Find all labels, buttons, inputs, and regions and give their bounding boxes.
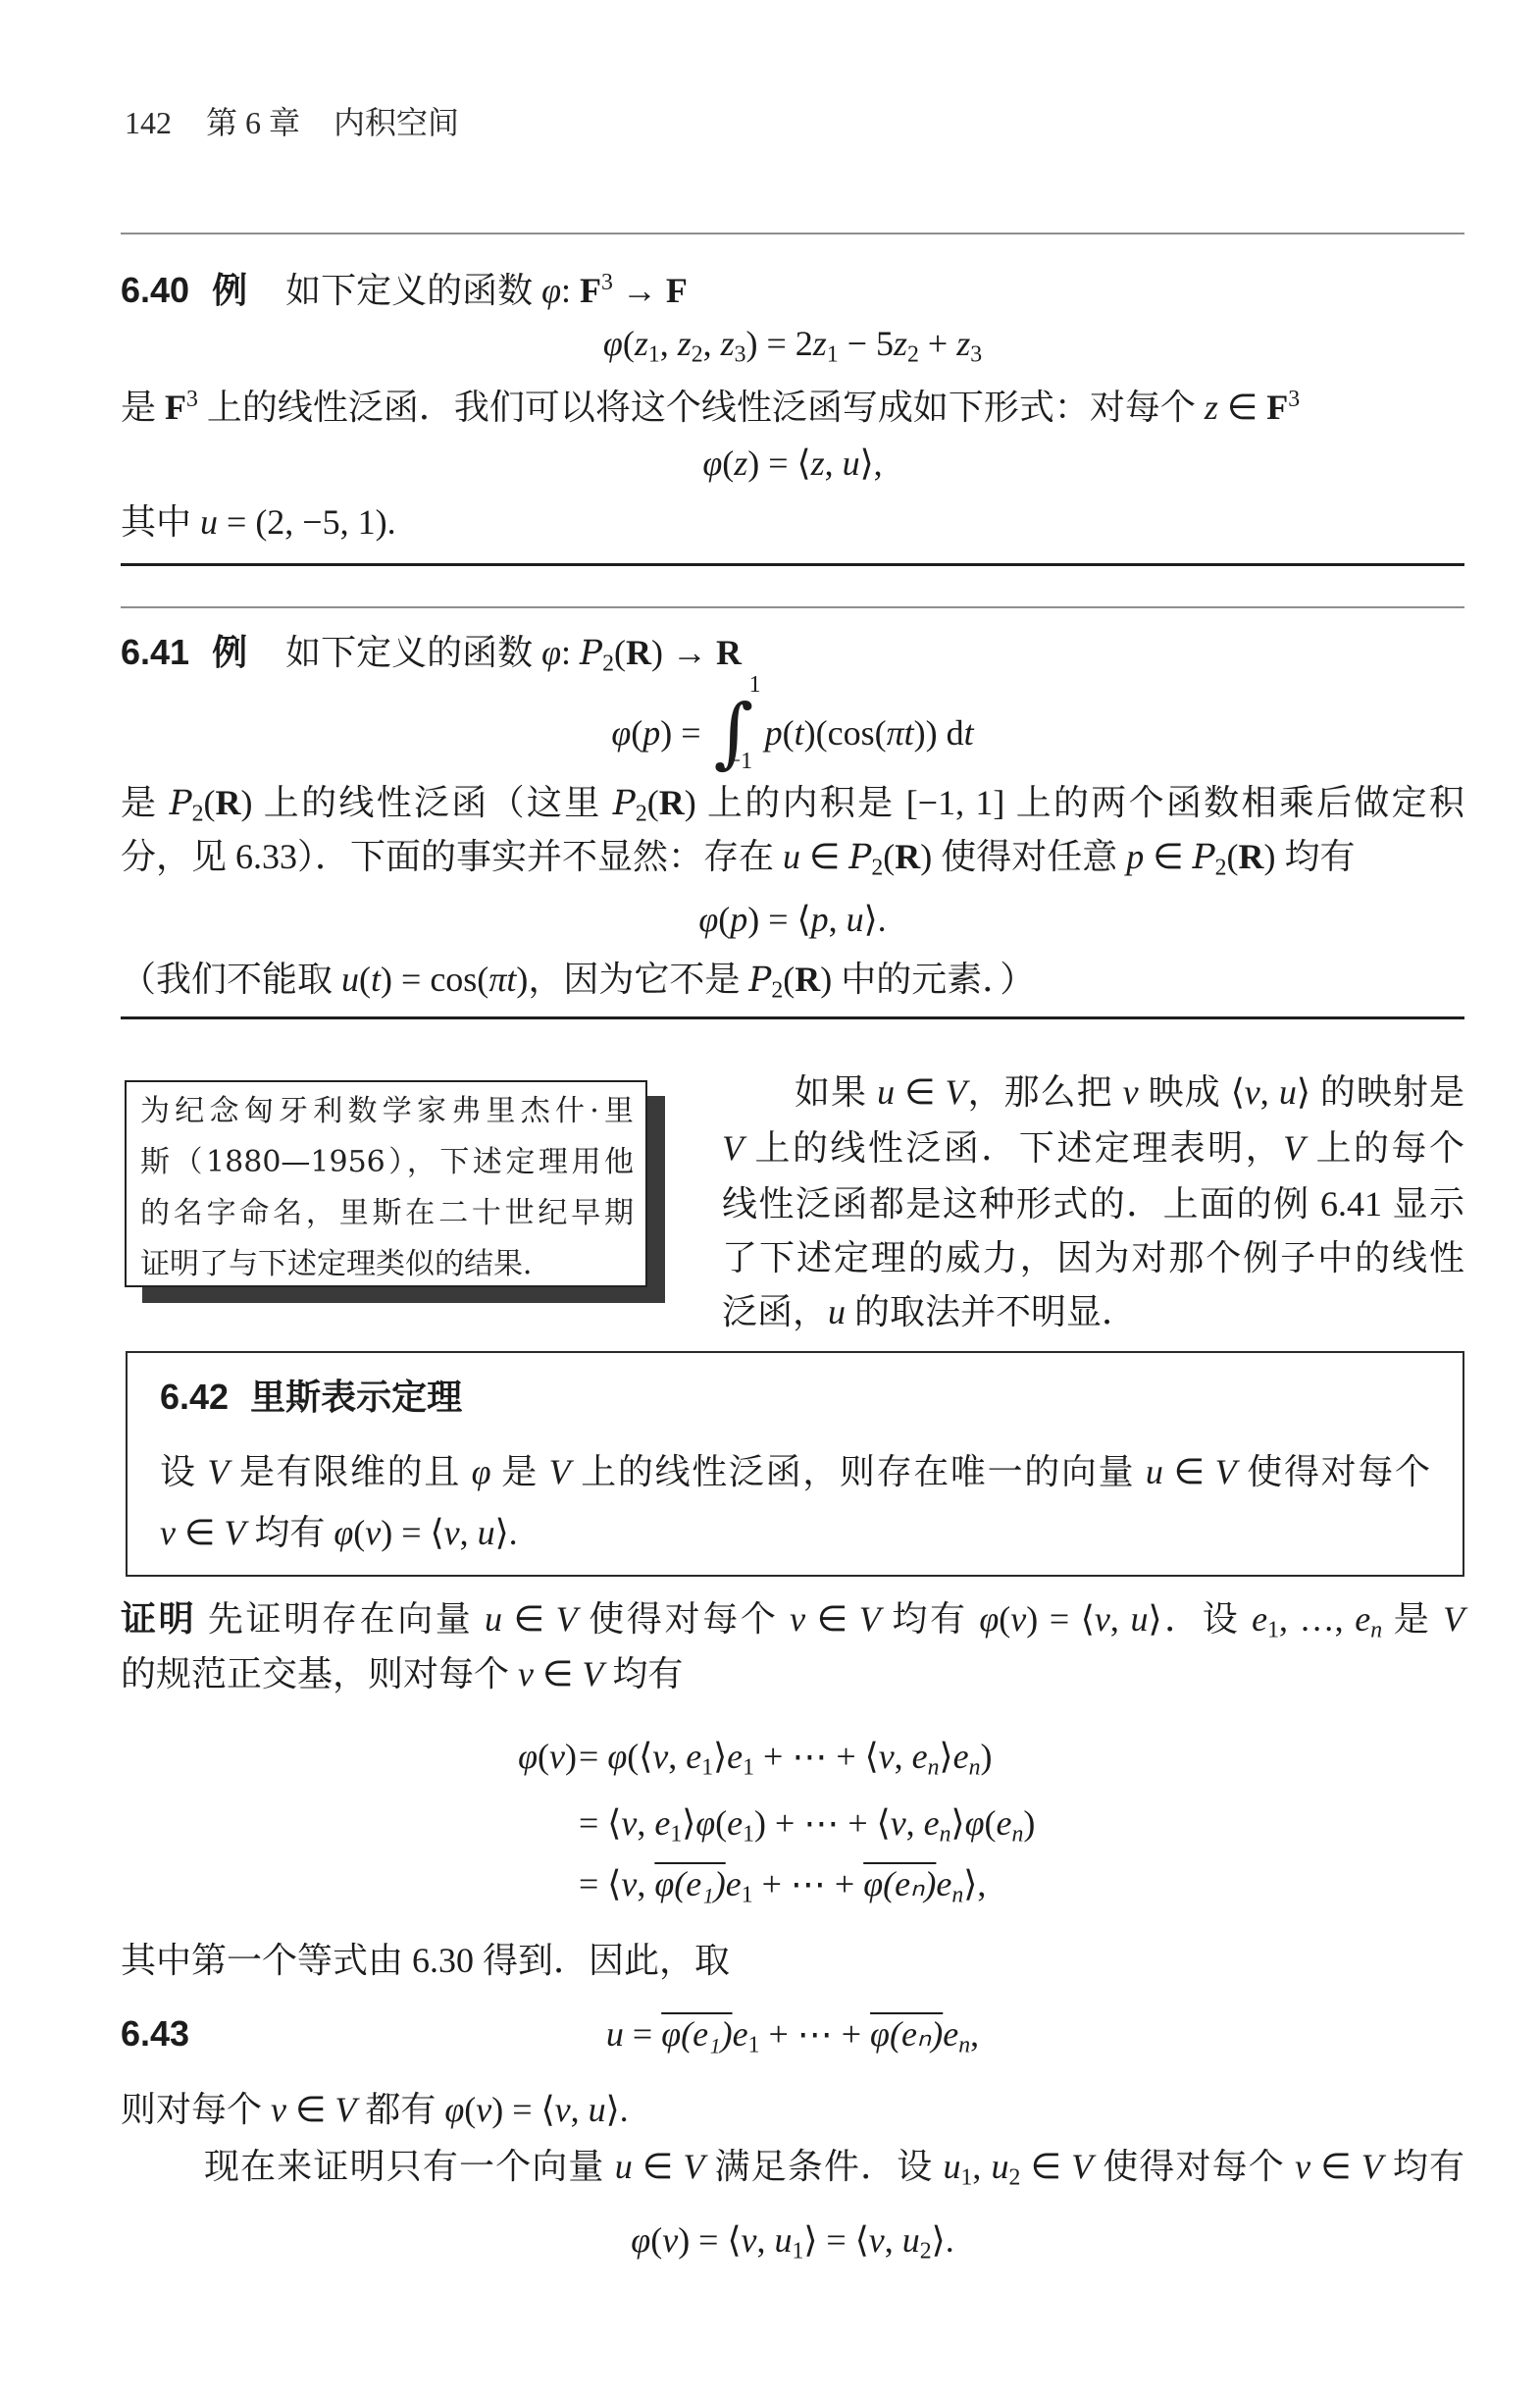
- paragraph-line: 是 P2(R) 上的线性泛函（这里 P2(R) 上的内积是 [−1, 1] 上的…: [121, 775, 1464, 830]
- paragraph-line: 的规范正交基，则对每个 v ∈ V 均有: [121, 1646, 1464, 1701]
- math-variable: u: [1146, 1452, 1163, 1491]
- text-run: 使得对任意: [932, 837, 1126, 876]
- math-symbol: ) =: [660, 713, 709, 753]
- math-symbol: ): [1264, 837, 1276, 876]
- math-variable: v: [891, 1803, 906, 1843]
- display-formula: φ(p) = ⟨p, u⟩.: [121, 892, 1464, 947]
- math-script-letter: P: [170, 784, 192, 823]
- math-variable: p: [642, 713, 660, 753]
- math-variable: φ: [472, 1452, 491, 1491]
- math-symbol: ,: [637, 1864, 654, 1903]
- subscript: 2: [602, 651, 614, 677]
- math-bold-letter: R: [895, 837, 920, 876]
- text-run: 均有: [245, 1513, 334, 1552]
- example-6-40-heading: 6.40例如下定义的函数 φ: F3 → F: [121, 255, 1464, 310]
- paragraph-line: 则对每个 v ∈ V 都有 φ(v) = ⟨v, u⟩.: [121, 2082, 1464, 2137]
- theorem-statement-line: v ∈ V 均有 φ(v) = ⟨v, u⟩.: [160, 1505, 1430, 1560]
- side-paragraph-line: 了下述定理的威力，因为对那个例子中的线性: [722, 1230, 1464, 1285]
- aligned-equation-row: = ⟨v, φ(e₁)e1 + ⋯ + φ(eₙ)en⟩,: [579, 1856, 1462, 1911]
- math-symbol: (: [999, 1599, 1010, 1639]
- math-variable: φ: [702, 443, 722, 483]
- math-variable: u: [902, 2220, 920, 2260]
- math-bold-letter: F: [1266, 388, 1288, 427]
- text-run: 映成: [1139, 1072, 1231, 1112]
- text-run: 是: [1382, 1599, 1443, 1639]
- math-variable: z: [956, 324, 970, 363]
- paragraph-line: 现在来证明只有一个向量 u ∈ V 满足条件．设 u1, u2 ∈ V 使得对每…: [121, 2139, 1464, 2194]
- math-symbol: ,: [1260, 1072, 1279, 1112]
- page-number: 142: [125, 101, 172, 144]
- subscript: n: [951, 1883, 963, 1908]
- text-run: 上的线性泛函．我们可以将这个线性泛函写成如下形式：对每个: [198, 388, 1205, 427]
- math-symbol: (: [353, 1513, 365, 1552]
- subscript: 1: [961, 2165, 973, 2191]
- math-symbol: ∈: [895, 1072, 945, 1112]
- subscript: 2: [771, 978, 783, 1004]
- math-symbol: ∈: [1163, 1452, 1215, 1491]
- subscript: 1: [827, 342, 839, 368]
- math-variable: v: [652, 1737, 668, 1776]
- text-run: 则对每个: [121, 2090, 271, 2129]
- math-symbol: =: [624, 2014, 661, 2054]
- text-run: 的映射是: [1310, 1072, 1464, 1112]
- text-run: ，那么把: [967, 1072, 1123, 1112]
- math-symbol: (: [647, 783, 659, 822]
- aligned-equation-lhs: φ(v): [121, 1729, 577, 1784]
- text-run: 如下定义的函数: [285, 633, 541, 672]
- math-variable: u: [847, 900, 864, 939]
- math-variable: φ: [965, 1803, 985, 1843]
- subscript: 1: [648, 342, 660, 368]
- math-symbol: (: [1227, 837, 1239, 876]
- math-symbol: (: [718, 900, 730, 939]
- subscript: 2: [1009, 2165, 1021, 2191]
- subscript: n: [928, 1755, 940, 1781]
- math-variable: v: [365, 1513, 381, 1552]
- math-symbol: ,: [825, 443, 843, 483]
- display-formula: φ(z1, z2, z3) = 2z1 − 5z2 + z3: [121, 316, 1464, 371]
- math-symbol: ,: [460, 1513, 478, 1552]
- text-run: 是: [121, 388, 165, 427]
- math-symbol: ⟩.: [495, 1513, 518, 1552]
- math-variable: u: [1279, 1072, 1297, 1112]
- text-run: 使得对每个: [578, 1599, 790, 1639]
- text-run: 如果: [795, 1072, 877, 1112]
- math-variable: v: [549, 1737, 565, 1776]
- math-bold-letter: R: [716, 633, 742, 672]
- math-variable: v: [271, 2090, 286, 2129]
- math-variable: u: [877, 1072, 895, 1112]
- math-symbol: ,: [668, 1737, 686, 1776]
- math-variable: t: [371, 960, 381, 999]
- math-symbol: ⟩,: [860, 443, 883, 483]
- math-symbol: (: [614, 633, 626, 672]
- theorem-title: 里斯表示定理: [250, 1377, 462, 1417]
- text-run: 上的线性泛函．下述定理表明，: [744, 1128, 1283, 1168]
- math-variable: V: [859, 1599, 881, 1639]
- theorem-number: 6.42: [160, 1377, 229, 1417]
- math-symbol: +: [919, 324, 956, 363]
- math-variable: e: [936, 1864, 951, 1903]
- math-variable: z: [1205, 388, 1218, 427]
- margin-note-line: 斯（1880—1956），下述定理用他: [140, 1141, 634, 1184]
- integrand: p(t)(cos(πt)) dt: [765, 713, 974, 753]
- side-paragraph-line: V 上的线性泛函．下述定理表明，V 上的每个: [722, 1120, 1464, 1175]
- math-variable: e: [686, 1737, 701, 1776]
- math-symbol: [−1, 1]: [906, 783, 1005, 822]
- math-symbol: ,: [895, 1737, 912, 1776]
- math-bold-letter: R: [795, 960, 820, 999]
- math-symbol: ∈: [1144, 837, 1192, 876]
- math-symbol: ∈: [1218, 388, 1266, 427]
- text-run: 的规范正交基，则对每个: [121, 1654, 518, 1693]
- paragraph-line: （我们不能取 u(t) = cos(πt)，因为它不是 P2(R) 中的元素．）: [121, 952, 1464, 1007]
- math-variable: e: [1355, 1599, 1370, 1639]
- math-symbol: :: [561, 633, 580, 672]
- display-formula: u = φ(e₁)e1 + ⋯ + φ(eₙ)en,: [121, 2006, 1464, 2061]
- integral-operator: ∫1−1: [710, 705, 765, 760]
- math-symbol: = ⟨: [579, 1864, 621, 1903]
- math-symbol: )(cos(: [804, 713, 887, 753]
- math-symbol: ,: [970, 2014, 979, 2054]
- math-variable: z: [721, 324, 735, 363]
- math-symbol: − 5: [839, 324, 894, 363]
- math-variable: e: [726, 1864, 742, 1903]
- subscript: 2: [871, 856, 883, 881]
- math-variable: e: [997, 1803, 1012, 1843]
- math-symbol: :: [561, 271, 580, 310]
- math-symbol: (: [623, 324, 635, 363]
- math-symbol: ⟩: [940, 1737, 953, 1776]
- math-bold-letter: R: [626, 633, 651, 672]
- math-variable: t: [904, 713, 914, 753]
- math-symbol: , …,: [1279, 1599, 1355, 1639]
- text-run: 是有限维的且: [229, 1452, 471, 1491]
- math-symbol: ): [516, 960, 528, 999]
- math-symbol: ⟩.: [606, 2090, 629, 2129]
- math-variable: z: [678, 324, 692, 363]
- math-symbol: ⟩: [1297, 1072, 1310, 1112]
- math-symbol: ,: [972, 2147, 991, 2186]
- math-bold-letter: R: [659, 783, 685, 822]
- example-bottom-rule: [121, 1016, 1464, 1019]
- math-symbol: ) = ⟨: [491, 2090, 554, 2129]
- aligned-equation-row: = ⟨v, e1⟩φ(e1) + ⋯ + ⟨v, en⟩φ(en): [579, 1796, 1462, 1850]
- math-variable: u: [606, 2014, 624, 2054]
- side-paragraph-line: 如果 u ∈ V，那么把 v 映成 ⟨v, u⟩ 的映射是: [722, 1065, 1464, 1119]
- text-run: 上的每个: [1305, 1128, 1464, 1168]
- math-symbol: ⟩: [713, 1737, 727, 1776]
- math-symbol: (: [783, 960, 795, 999]
- math-symbol: + ⋯ + ⟨: [766, 1803, 891, 1843]
- text-run: 均有: [881, 1599, 980, 1639]
- math-variable: V: [1283, 1128, 1305, 1168]
- subscript: 3: [970, 342, 982, 368]
- text-run: 上的线性泛函，则存在唯一的向量: [571, 1452, 1146, 1491]
- math-variable: φ: [607, 1737, 627, 1776]
- math-variable: t: [506, 960, 516, 999]
- math-symbol: =: [579, 1737, 607, 1776]
- superscript: 3: [1288, 387, 1300, 412]
- math-variable: e: [727, 1803, 743, 1843]
- math-symbol: (: [883, 837, 895, 876]
- text-run: （我们不能取: [121, 960, 341, 999]
- text-run: 中的元素．）: [832, 960, 1035, 999]
- math-variable: V: [549, 1452, 571, 1491]
- proof-text: 先证明存在向量 u ∈ V 使得对每个 v ∈ V 均有 φ(v) = ⟨v, …: [196, 1599, 1464, 1639]
- math-variable: v: [555, 2090, 571, 2129]
- subscript: 1: [743, 1755, 754, 1781]
- math-symbol: ,: [571, 2090, 589, 2129]
- math-symbol: ∈: [800, 837, 848, 876]
- math-symbol: = (2, −5, 1).: [218, 502, 396, 542]
- math-variable: v: [869, 2220, 885, 2260]
- math-symbol: ∈: [286, 2090, 334, 2129]
- math-variable: φ: [695, 1803, 715, 1843]
- theorem-heading: 6.42里斯表示定理: [160, 1370, 1430, 1425]
- text-run: 了下述定理的威力，因为对那个例子中的线性: [722, 1238, 1464, 1277]
- math-variable: φ: [334, 1513, 353, 1552]
- example-kind-label: 例: [212, 263, 247, 318]
- math-variable: V: [207, 1452, 229, 1491]
- math-symbol: = ⟨: [579, 1803, 621, 1843]
- text-run: 线性泛函都是这种形式的．上面的例 6.41 显示: [722, 1184, 1464, 1224]
- book-page: 142 第 6 章 内积空间 6.40例如下定义的函数 φ: F3 → F φ(…: [0, 0, 1540, 2395]
- math-variable: u: [478, 1513, 495, 1552]
- math-symbol: ) = 2: [746, 324, 813, 363]
- subscript: 1: [748, 2033, 760, 2058]
- proof-label: 证明: [121, 1599, 196, 1639]
- math-symbol: (: [464, 2090, 476, 2129]
- text-run: 的取法并不明显．: [846, 1292, 1137, 1331]
- math-variable: p: [730, 900, 747, 939]
- math-variable: z: [811, 443, 825, 483]
- margin-note-box: 为纪念匈牙利数学家弗里杰什·里 斯（1880—1956），下述定理用他 的名字命…: [125, 1080, 647, 1287]
- math-bold-letter: R: [1239, 837, 1264, 876]
- math-variable: t: [795, 713, 804, 753]
- aligned-equation-row: = φ(⟨v, e1⟩e1 + ⋯ + ⟨v, en⟩en): [579, 1729, 1462, 1784]
- math-symbol: ∈: [534, 1654, 582, 1693]
- math-symbol: ⟩ = ⟨: [803, 2220, 868, 2260]
- math-symbol: ): [980, 1737, 992, 1776]
- math-bold-letter: F: [666, 271, 688, 310]
- math-symbol: )) d: [914, 713, 964, 753]
- math-script-letter: P: [1193, 838, 1215, 877]
- text-run: 均有: [1276, 837, 1356, 876]
- text-run: 使得对每个: [1093, 2147, 1295, 2186]
- math-symbol: ⟩: [951, 1803, 965, 1843]
- math-script-letter: P: [848, 838, 871, 877]
- math-variable: π: [887, 713, 904, 753]
- math-symbol: ) = ⟨: [747, 900, 810, 939]
- margin-note-line: 的名字命名，里斯在二十世纪早期: [140, 1192, 634, 1235]
- math-variable: u: [944, 2147, 961, 2186]
- subscript: 2: [1215, 856, 1227, 881]
- paragraph-line: 其中第一个等式由 6.30 得到．因此，取: [121, 1933, 1464, 1988]
- math-symbol: ,: [757, 2220, 775, 2260]
- math-symbol: ): [685, 783, 696, 822]
- paragraph-line: 其中 u = (2, −5, 1).: [121, 495, 1464, 549]
- math-symbol: ) = cos(: [381, 960, 488, 999]
- math-variable: v: [476, 2090, 491, 2129]
- math-variable: u: [1130, 1599, 1148, 1639]
- subscript: 1: [743, 1822, 754, 1848]
- math-variable: z: [635, 324, 648, 363]
- text-run: 使得对每个: [1237, 1452, 1430, 1491]
- theorem-statement-line: 设 V 是有限维的且 φ 是 V 上的线性泛函，则存在唯一的向量 u ∈ V 使…: [160, 1444, 1430, 1499]
- math-variable: v: [160, 1513, 176, 1552]
- math-variable: V: [224, 1513, 245, 1552]
- math-variable: V: [556, 1599, 578, 1639]
- math-variable: φ: [541, 271, 561, 310]
- integral-upper-limit: 1: [749, 670, 761, 700]
- math-variable: t: [964, 713, 974, 753]
- math-symbol: (⟨: [627, 1737, 652, 1776]
- math-symbol: (: [631, 713, 642, 753]
- math-variable: v: [879, 1737, 895, 1776]
- subscript: 2: [907, 342, 919, 368]
- math-symbol: + ⋯ + ⟨: [754, 1737, 879, 1776]
- text-run: 先证明存在向量: [196, 1599, 485, 1639]
- text-run: 上的两个函数相乘后做定积: [1004, 783, 1464, 822]
- math-variable: u: [589, 2090, 606, 2129]
- math-bold-letter: F: [165, 388, 186, 427]
- example-bottom-rule: [121, 563, 1464, 566]
- math-symbol: ) = ⟨: [747, 443, 810, 483]
- subscript: 1: [701, 1755, 713, 1781]
- example-6-41-heading: 6.41例如下定义的函数 φ: P2(R) → R: [121, 625, 1464, 680]
- math-symbol: ) = ⟨: [678, 2220, 741, 2260]
- math-variable: z: [734, 443, 747, 483]
- math-variable: v: [621, 1864, 637, 1903]
- math-symbol: ,: [637, 1803, 654, 1843]
- math-bold-letter: R: [216, 783, 241, 822]
- math-variable: e: [733, 2014, 748, 2054]
- math-variable: V: [582, 1654, 603, 1693]
- math-variable: φ: [444, 2090, 464, 2129]
- math-variable: φ: [541, 633, 561, 672]
- text-run: 如下定义的函数: [285, 271, 541, 310]
- math-symbol: ∈: [502, 1599, 556, 1639]
- text-run: 分，见 6.33）．下面的事实并不显然：存在: [121, 837, 783, 876]
- math-variable: u: [828, 1292, 846, 1331]
- margin-note-line: 为纪念匈牙利数学家弗里杰什·里: [140, 1090, 634, 1133]
- example-kind-label: 例: [212, 625, 247, 680]
- text-run: 满足条件．设: [704, 2147, 943, 2186]
- math-symbol: ): [820, 960, 832, 999]
- math-symbol: (: [985, 1803, 997, 1843]
- math-variable: e: [727, 1737, 743, 1776]
- math-symbol: ∈: [1310, 2147, 1361, 2186]
- text-run: 其中: [121, 502, 200, 542]
- subscript: n: [1011, 1822, 1023, 1848]
- superscript: 3: [601, 270, 613, 295]
- subscript: 3: [735, 342, 746, 368]
- math-variable: v: [662, 2220, 678, 2260]
- math-variable: p: [1126, 837, 1144, 876]
- example-heading-text: 如下定义的函数 φ: F3 → F: [285, 271, 688, 310]
- math-variable: V: [1443, 1599, 1464, 1639]
- integral-formula: φ(p) = ∫1−1p(t)(cos(πt)) dt: [121, 705, 1464, 760]
- text-run: 均有: [603, 1654, 683, 1693]
- math-symbol: ⟨: [1231, 1072, 1245, 1112]
- math-symbol: ,: [703, 324, 721, 363]
- math-variable: V: [1215, 1452, 1237, 1491]
- math-variable: V: [334, 2090, 356, 2129]
- math-variable: φ: [631, 2220, 650, 2260]
- math-variable: u: [992, 2147, 1009, 2186]
- math-variable: v: [444, 1513, 460, 1552]
- subscript: n: [940, 1822, 951, 1848]
- math-variable: v: [1095, 1599, 1110, 1639]
- math-variable: V: [1071, 2147, 1093, 2186]
- side-paragraph-line: 泛函，u 的取法并不明显．: [722, 1284, 1464, 1339]
- math-symbol: ∈: [1020, 2147, 1071, 2186]
- math-symbol: (: [204, 783, 216, 822]
- math-symbol: (: [538, 1737, 549, 1776]
- math-symbol: ⟩: [1148, 1599, 1161, 1639]
- subscript: 1: [1267, 1618, 1279, 1643]
- text-run: 其中第一个等式由 6.30 得到．因此，取: [121, 1941, 730, 1980]
- overline-group: φ(eₙ): [863, 1864, 936, 1903]
- math-variable: V: [683, 2147, 704, 2186]
- math-symbol: (: [783, 713, 795, 753]
- subscript: 1: [742, 1883, 753, 1908]
- math-symbol: ∈: [176, 1513, 224, 1552]
- math-script-letter: P: [613, 784, 636, 823]
- math-symbol: →: [613, 271, 666, 310]
- math-symbol: ) = ⟨: [1026, 1599, 1095, 1639]
- math-script-letter: P: [580, 634, 602, 673]
- side-paragraph-line: 线性泛函都是这种形式的．上面的例 6.41 显示: [722, 1176, 1464, 1231]
- example-heading-text: 如下定义的函数 φ: P2(R) → R: [285, 633, 742, 672]
- math-symbol: (: [359, 960, 371, 999]
- math-variable: φ: [603, 324, 623, 363]
- math-symbol: ): [1023, 1803, 1035, 1843]
- subscript: n: [958, 2033, 970, 2058]
- margin-note-line: 证明了与下述定理类似的结果．: [140, 1243, 634, 1286]
- math-variable: e: [1252, 1599, 1267, 1639]
- math-variable: u: [200, 502, 218, 542]
- example-number: 6.41: [121, 625, 189, 680]
- math-symbol: ⟩,: [963, 1864, 986, 1903]
- subscript: 2: [920, 2239, 932, 2265]
- math-variable: e: [654, 1803, 670, 1843]
- text-run: ．设: [1162, 1599, 1253, 1639]
- example-top-rule: [121, 233, 1464, 234]
- math-symbol: ,: [885, 2220, 902, 2260]
- chapter-title: 内积空间: [334, 101, 459, 144]
- math-variable: V: [1361, 2147, 1383, 2186]
- text-run: 泛函，: [722, 1292, 828, 1331]
- math-variable: v: [742, 2220, 757, 2260]
- subscript: 2: [192, 802, 204, 827]
- math-variable: φ: [611, 713, 631, 753]
- math-variable: u: [341, 960, 359, 999]
- math-symbol: (: [650, 2220, 662, 2260]
- subscript: 1: [670, 1822, 682, 1848]
- overline-group: φ(eₙ): [870, 2014, 943, 2054]
- math-variable: V: [946, 1072, 967, 1112]
- math-symbol: ,: [1110, 1599, 1131, 1639]
- math-symbol: ,: [660, 324, 678, 363]
- math-variable: u: [615, 2147, 633, 2186]
- subscript: 2: [636, 802, 647, 827]
- subscript: 2: [692, 342, 703, 368]
- text-run: 上的线性泛函（这里: [253, 783, 613, 822]
- math-variable: v: [621, 1803, 637, 1843]
- math-symbol: ): [241, 783, 253, 822]
